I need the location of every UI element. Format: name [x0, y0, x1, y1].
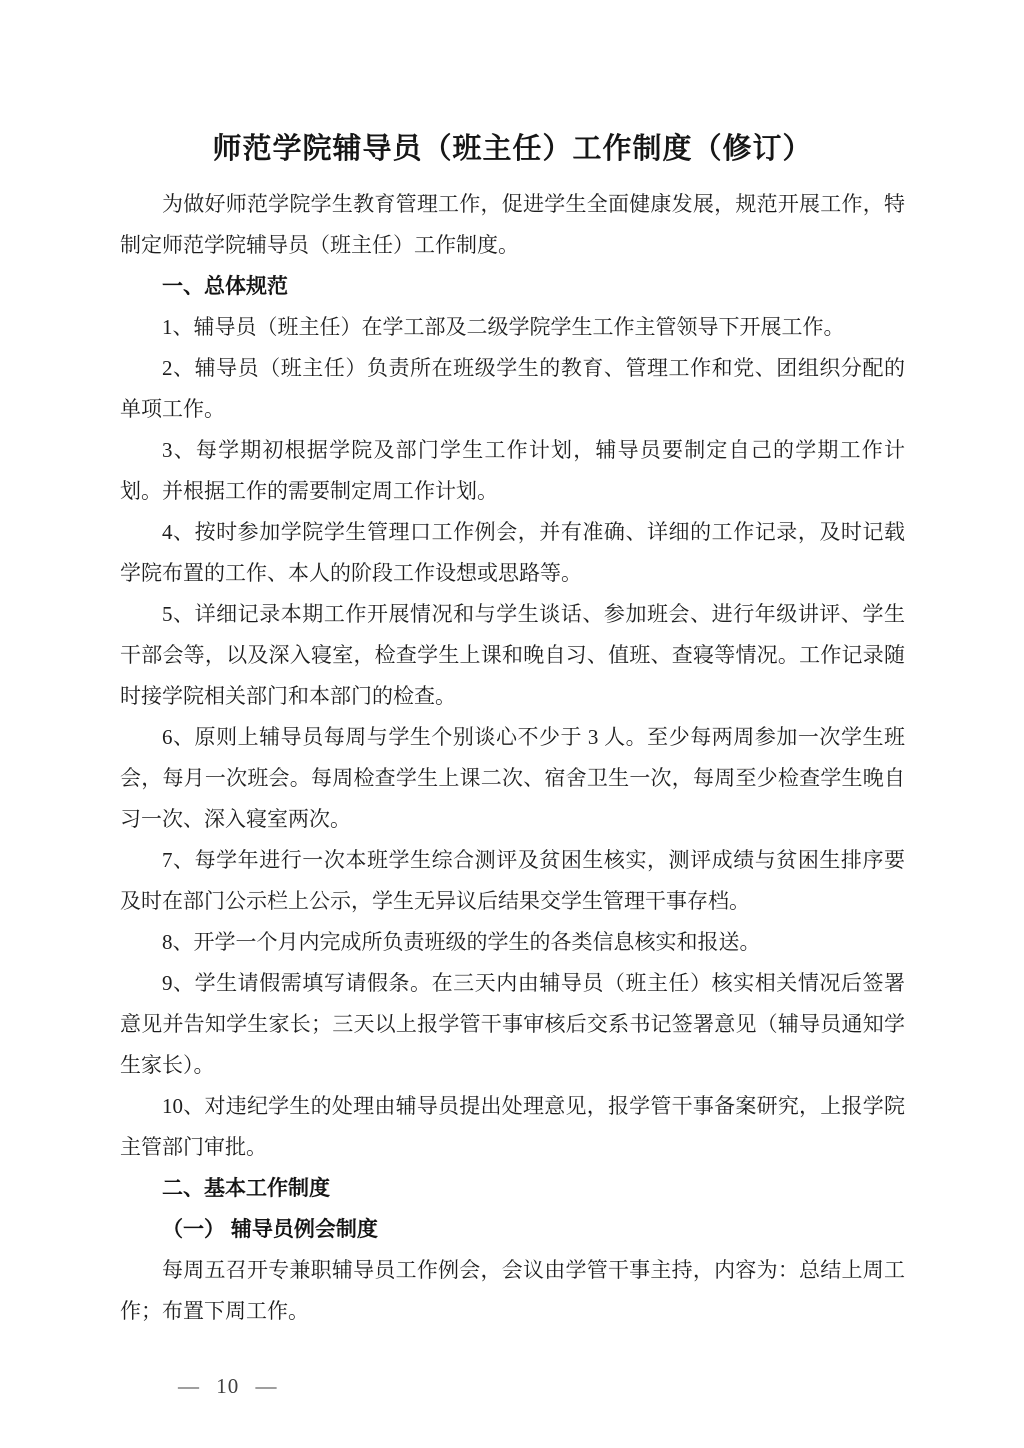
rule-item-3: 3、每学期初根据学院及部门学生工作计划，辅导员要制定自己的学期工作计划。并根据工… — [120, 430, 905, 512]
document-page: 师范学院辅导员（班主任）工作制度（修订） 为做好师范学院学生教育管理工作，促进学… — [0, 0, 1024, 1448]
rule-item-8: 8、开学一个月内完成所负责班级的学生的各类信息核实和报送。 — [120, 922, 905, 963]
section-heading-general: 一、总体规范 — [120, 266, 905, 307]
rule-item-9: 9、学生请假需填写请假条。在三天内由辅导员（班主任）核实相关情况后签署意见并告知… — [120, 963, 905, 1086]
page-number-text: — 10 — — [178, 1374, 278, 1398]
rule-item-2: 2、辅导员（班主任）负责所在班级学生的教育、管理工作和党、团组织分配的单项工作。 — [120, 348, 905, 430]
intro-paragraph: 为做好师范学院学生教育管理工作，促进学生全面健康发展，规范开展工作，特制定师范学… — [120, 184, 905, 266]
rule-item-7: 7、每学年进行一次本班学生综合测评及贫困生核实，测评成绩与贫困生排序要及时在部门… — [120, 840, 905, 922]
rule-item-4: 4、按时参加学院学生管理口工作例会，并有准确、详细的工作记录，及时记载学院布置的… — [120, 512, 905, 594]
meeting-paragraph: 每周五召开专兼职辅导员工作例会，会议由学管干事主持，内容为：总结上周工作；布置下… — [120, 1250, 905, 1332]
subsection-heading-meeting-system: （一） 辅导员例会制度 — [120, 1209, 905, 1250]
rule-item-1: 1、辅导员（班主任）在学工部及二级学院学生工作主管领导下开展工作。 — [120, 307, 905, 348]
rule-item-10: 10、对违纪学生的处理由辅导员提出处理意见，报学管干事备案研究，上报学院主管部门… — [120, 1086, 905, 1168]
rule-item-5: 5、详细记录本期工作开展情况和与学生谈话、参加班会、进行年级讲评、学生干部会等，… — [120, 594, 905, 717]
section-heading-basic-system: 二、基本工作制度 — [120, 1168, 905, 1209]
document-title: 师范学院辅导员（班主任）工作制度（修订） — [120, 128, 905, 170]
rule-item-6: 6、原则上辅导员每周与学生个别谈心不少于 3 人。至少每两周参加一次学生班会，每… — [120, 717, 905, 840]
page-number: — 10 — — [120, 1374, 905, 1398]
